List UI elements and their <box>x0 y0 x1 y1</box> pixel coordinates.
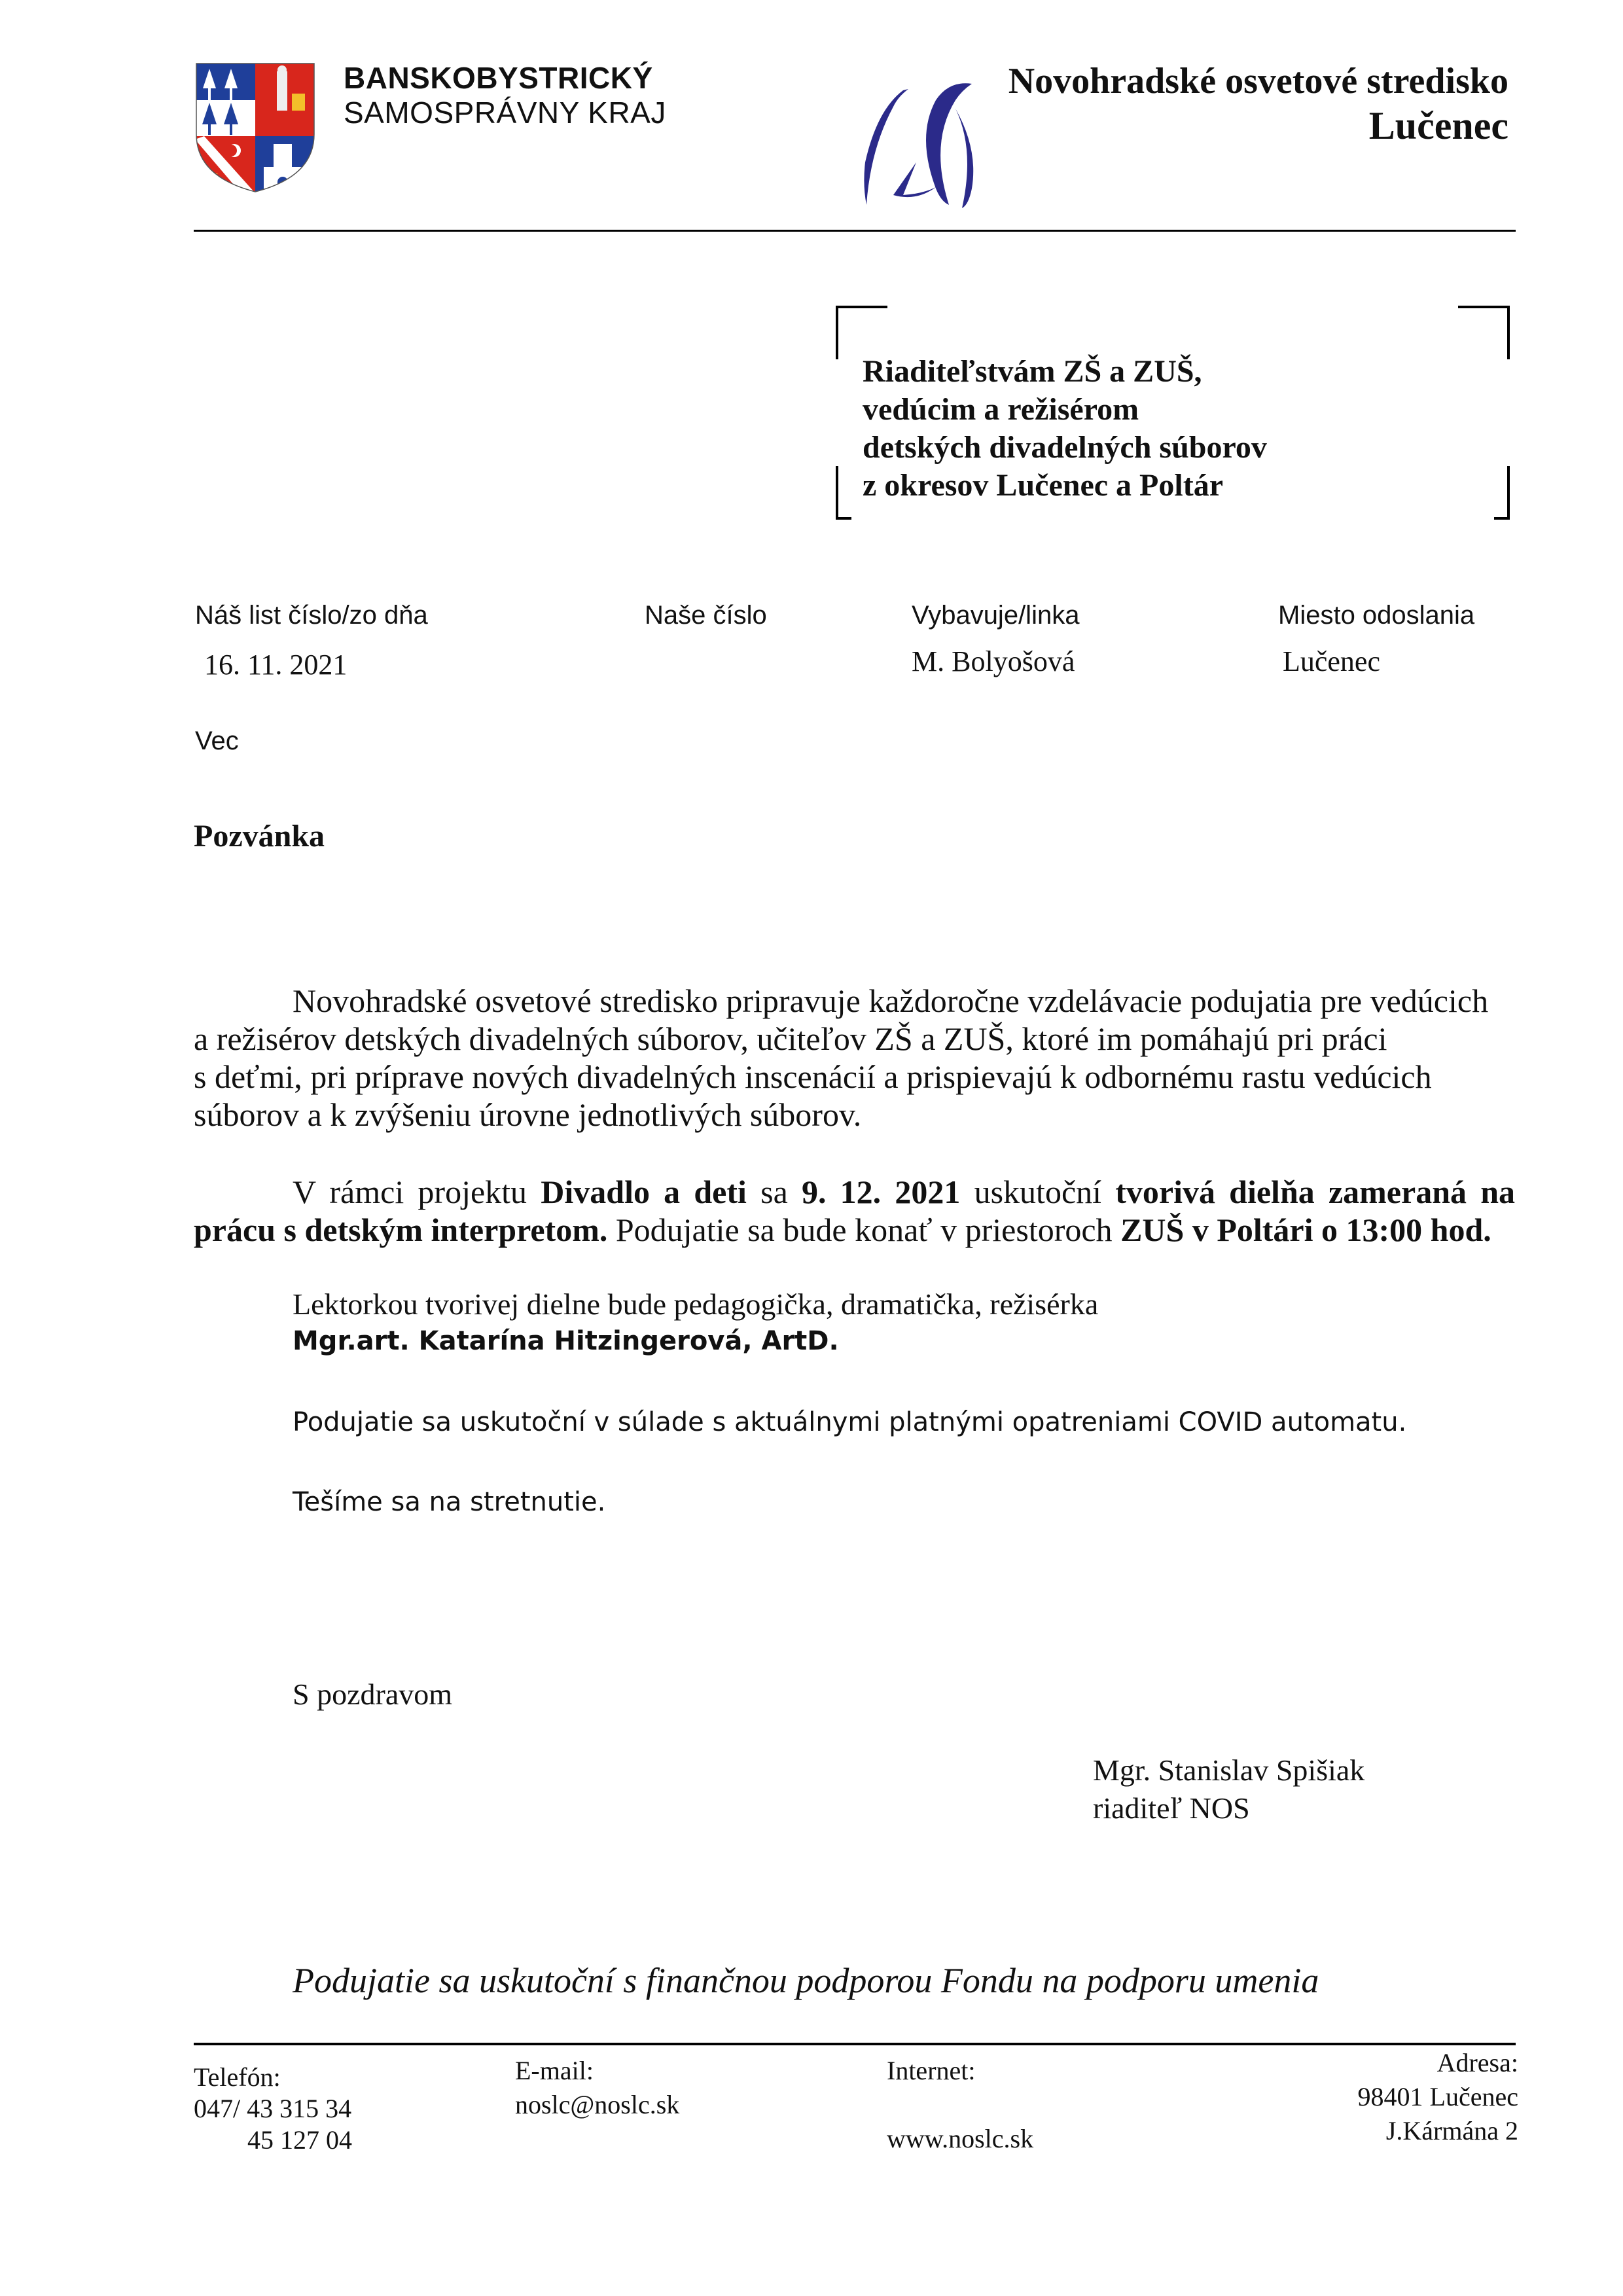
event-venue-time: ZUŠ v Poltári o 13:00 hod. <box>1120 1211 1491 1248</box>
ref-label-our-number: Naše číslo <box>645 601 767 630</box>
ref-label-handled-by: Vybavuje/linka <box>912 601 1079 630</box>
ref-value-handled-by: M. Bolyošová <box>912 645 1075 678</box>
subject-label: Vec <box>195 726 239 756</box>
footer-phone-label: Telefón: <box>194 2062 281 2092</box>
address-corner-bottom-right <box>1494 466 1510 520</box>
footer-internet-label: Internet: <box>887 2055 976 2086</box>
address-corner-top-right <box>1458 306 1510 359</box>
workshop-focus: prácu s detským interpretom. <box>194 1211 607 1248</box>
greeting: S pozdravom <box>293 1677 452 1712</box>
address-corner-top-left <box>836 306 887 359</box>
lecturer-name: Mgr.art. Katarína Hitzingerová, ArtD. <box>293 1326 839 1356</box>
closing-wish: Tešíme sa na stretnutie. <box>293 1487 605 1517</box>
footer-website-link[interactable]: www.noslc.sk <box>887 2123 1033 2154</box>
text: V rámci projektu <box>293 1174 541 1210</box>
lecturer-intro: Lektorkou tvorivej dielne bude pedagogič… <box>293 1287 1098 1321</box>
footer-email-link[interactable]: noslc@noslc.sk <box>515 2089 679 2120</box>
text: sa <box>747 1174 802 1210</box>
recipient-line: vedúcim a režisérom <box>863 391 1139 427</box>
org-name: Novohradské osvetové stredisko <box>1008 60 1508 102</box>
paragraph2-line2: prácu s detským interpretom. Podujatie s… <box>194 1211 1491 1249</box>
text: uskutoční <box>960 1174 1115 1210</box>
coat-of-arms-icon <box>195 62 315 193</box>
signatory-title: riaditeľ NOS <box>1093 1791 1250 1825</box>
covid-note: Podujatie sa uskutoční v súlade s aktuál… <box>293 1407 1406 1437</box>
footer-address-label: Adresa: <box>1437 2047 1518 2078</box>
text: Podujatie sa bude konať v priestoroch <box>607 1211 1120 1248</box>
project-name: Divadlo a deti <box>541 1174 747 1210</box>
paragraph1-line: a režisérov detských divadelných súborov… <box>194 1020 1387 1058</box>
funding-note: Podujatie sa uskutoční s finančnou podpo… <box>293 1960 1319 2001</box>
address-corner-bottom-left <box>836 466 851 520</box>
signatory-name: Mgr. Stanislav Spišiak <box>1093 1753 1364 1787</box>
event-date: 9. 12. 2021 <box>802 1174 960 1210</box>
region-name-line1: BANSKOBYSTRICKÝ <box>344 60 653 96</box>
ref-label-place-sent: Miesto odoslania <box>1278 601 1474 630</box>
footer-divider <box>194 2043 1516 2045</box>
recipient-line: z okresov Lučenec a Poltár <box>863 467 1223 503</box>
ref-label-our-letter: Náš list číslo/zo dňa <box>195 601 428 630</box>
org-city: Lučenec <box>1369 103 1508 149</box>
footer-address-line1: 98401 Lučenec <box>1358 2081 1518 2112</box>
recipient-line: Riaditeľstvám ZŠ a ZUŠ, <box>863 353 1202 389</box>
recipient-line: detských divadelných súborov <box>863 429 1267 465</box>
footer-email-label: E-mail: <box>515 2055 594 2086</box>
paragraph2-line1: V rámci projektu Divadlo a deti sa 9. 12… <box>293 1173 1515 1211</box>
subject-title: Pozvánka <box>194 818 325 854</box>
paragraph1-line: súborov a k zvýšeniu úrovne jednotlivých… <box>194 1096 861 1134</box>
footer-phone1: 047/ 43 315 34 <box>194 2093 351 2124</box>
paragraph1-line: s deťmi, pri príprave nových divadelných… <box>194 1058 1432 1096</box>
paragraph1-line: Novohradské osvetové stredisko pripravuj… <box>293 982 1488 1020</box>
footer-address-line2: J.Kármána 2 <box>1386 2115 1518 2146</box>
footer-phone2: 45 127 04 <box>247 2125 352 2155</box>
workshop-title: tvorivá dielňa zameraná na <box>1115 1174 1515 1210</box>
region-name-line2: SAMOSPRÁVNY KRAJ <box>344 95 666 130</box>
header-divider <box>194 230 1516 232</box>
ref-value-place-sent: Lučenec <box>1283 645 1380 678</box>
ref-value-date: 16. 11. 2021 <box>204 648 347 681</box>
nos-logo-icon <box>857 71 998 208</box>
